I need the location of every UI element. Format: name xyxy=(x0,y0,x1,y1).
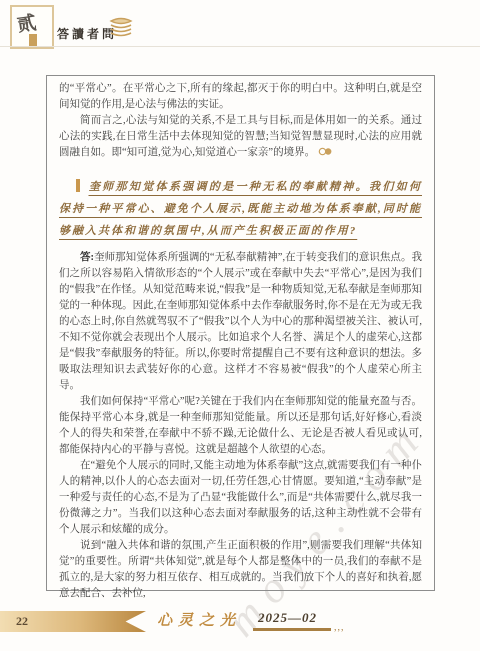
section-seal: 贰 xyxy=(10,5,54,49)
reader-question: 奎师那知觉体系强调的是一种无私的奉献精神。我们如何保持一种平常心、避免个人展示,… xyxy=(59,176,422,242)
article-text-box: 的“平常心”。在平常心之下,所有的缘起,都灭于你的明白中。这种明白,就是空间知觉… xyxy=(46,75,435,591)
answer-text-1: 奎师那知觉体系所强调的“无私奉献精神”,在于转变我们的意识焦点。我们之所以容易陷… xyxy=(59,252,422,391)
section-number: 贰 xyxy=(15,8,38,37)
header-divider xyxy=(0,46,480,47)
issue-underline-bar xyxy=(253,628,331,631)
question-marker-bar xyxy=(76,179,80,192)
page-number: 22 xyxy=(16,614,28,629)
issue-tick-marks: ,,, xyxy=(334,622,345,633)
article-end-icon xyxy=(318,148,333,159)
answer-paragraph-3: 在“避免个人展示的同时,又能主动地为体系奉献”这点,就需要我们有一种仆人的精神,… xyxy=(59,458,422,538)
answer-paragraph-4: 说到“融入共体和谐的氛围,产生正面积极的作用”,则需要我们理解“共体知觉”的重要… xyxy=(59,538,422,602)
paragraph-2: 简而言之,心法与知觉的关系,不是工具与目标,而是体用如一的关系。通过心法的实践,… xyxy=(59,113,422,162)
answer-paragraph-1: 答:奎师那知觉体系所强调的“无私奉献精神”,在于转变我们的意识焦点。我们之所以容… xyxy=(59,250,422,394)
journal-logo-text: 心灵之光 xyxy=(157,609,241,630)
stacked-books-icon xyxy=(108,14,134,45)
answer-label: 答: xyxy=(80,252,94,263)
question-text: 奎师那知觉体系强调的是一种无私的奉献精神。我们如何保持一种平常心、避免个人展示,… xyxy=(59,181,422,237)
issue-number: 2025—02 xyxy=(258,610,317,626)
paragraph-continuation: 的“平常心”。在平常心之下,所有的缘起,都灭于你的明白中。这种明白,就是空间知觉… xyxy=(59,81,422,113)
answer-paragraph-2: 我们如何保持“平常心”呢?关键在于我们内在奎师那知觉的能量充盈与否。能保持平常心… xyxy=(59,394,422,458)
paragraph-2-text: 简而言之,心法与知觉的关系,不是工具与目标,而是体用如一的关系。通过心法的实践,… xyxy=(59,115,422,158)
